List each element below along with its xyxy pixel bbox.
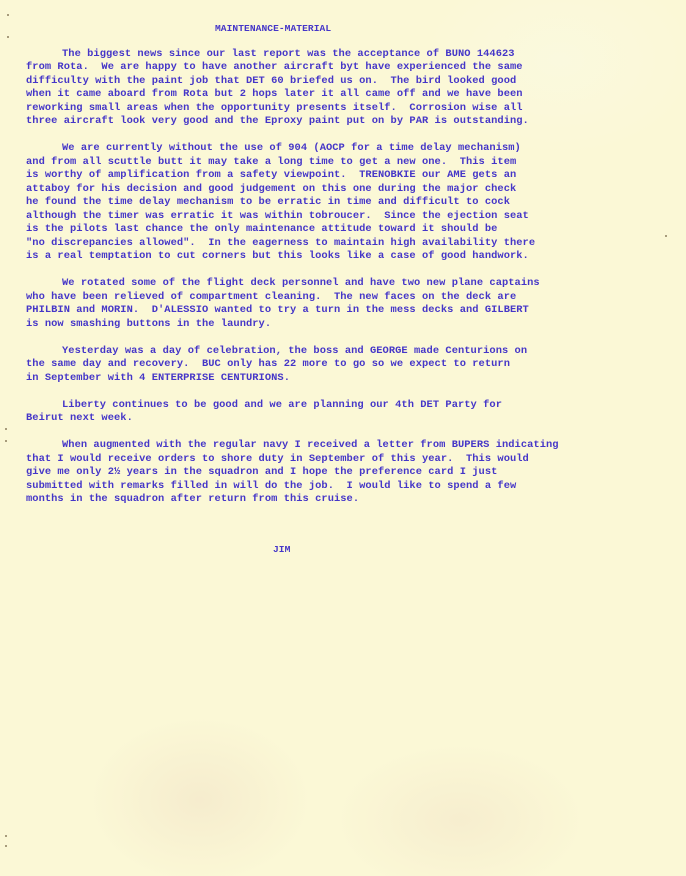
paper-speck bbox=[7, 14, 9, 16]
text-line: "no discrepancies allowed". In the eager… bbox=[26, 237, 656, 251]
text-line: Beirut next week. bbox=[26, 412, 656, 426]
text-line: is a real temptation to cut corners but … bbox=[26, 250, 656, 264]
text-line: the same day and recovery. BUC only has … bbox=[26, 358, 656, 372]
text-line: when it came aboard from Rota but 2 hops… bbox=[26, 88, 656, 102]
paragraph-centurions: Yesterday was a day of celebration, the … bbox=[26, 345, 656, 386]
text-line: in September with 4 ENTERPRISE CENTURION… bbox=[26, 372, 656, 386]
paper-speck bbox=[5, 835, 7, 837]
text-line: is the pilots last chance the only maint… bbox=[26, 223, 656, 237]
paper-speck bbox=[665, 235, 667, 237]
paragraph-orders: When augmented with the regular navy I r… bbox=[26, 439, 656, 507]
memo-document: MAINTENANCE-MATERIAL The biggest news si… bbox=[26, 22, 656, 556]
text-line: Yesterday was a day of celebration, the … bbox=[26, 345, 656, 359]
text-line: who have been relieved of compartment cl… bbox=[26, 291, 656, 305]
text-line: give me only 2½ years in the squadron an… bbox=[26, 466, 656, 480]
text-line: is now smashing buttons in the laundry. bbox=[26, 318, 656, 332]
signature: JIM bbox=[273, 543, 656, 557]
paper-speck bbox=[7, 36, 9, 38]
paragraph-liberty: Liberty continues to be good and we are … bbox=[26, 399, 656, 426]
text-line: from Rota. We are happy to have another … bbox=[26, 61, 656, 75]
text-line: is worthy of amplification from a safety… bbox=[26, 169, 656, 183]
paragraph-aircraft-acceptance: The biggest news since our last report w… bbox=[26, 48, 656, 129]
text-line: We rotated some of the flight deck perso… bbox=[26, 277, 656, 291]
text-line: attaboy for his decision and good judgem… bbox=[26, 183, 656, 197]
text-line: months in the squadron after return from… bbox=[26, 493, 656, 507]
paper-speck bbox=[5, 845, 7, 847]
text-line: PHILBIN and MORIN. D'ALESSIO wanted to t… bbox=[26, 304, 656, 318]
text-line: We are currently without the use of 904 … bbox=[26, 142, 656, 156]
paper-speck bbox=[5, 428, 7, 430]
text-line: submitted with remarks filled in will do… bbox=[26, 480, 656, 494]
text-line: three aircraft look very good and the Ep… bbox=[26, 115, 656, 129]
section-title: MAINTENANCE-MATERIAL bbox=[215, 22, 656, 36]
text-line: When augmented with the regular navy I r… bbox=[26, 439, 656, 453]
paper-speck bbox=[5, 440, 7, 442]
document-page: MAINTENANCE-MATERIAL The biggest news si… bbox=[0, 0, 686, 876]
text-line: he found the time delay mechanism to be … bbox=[26, 196, 656, 210]
text-line: Liberty continues to be good and we are … bbox=[26, 399, 656, 413]
paragraph-personnel: We rotated some of the flight deck perso… bbox=[26, 277, 656, 331]
text-line: that I would receive orders to shore dut… bbox=[26, 453, 656, 467]
text-line: The biggest news since our last report w… bbox=[26, 48, 656, 62]
text-line: reworking small areas when the opportuni… bbox=[26, 102, 656, 116]
text-line: difficulty with the paint job that DET 6… bbox=[26, 75, 656, 89]
paragraph-safety: We are currently without the use of 904 … bbox=[26, 142, 656, 264]
text-line: and from all scuttle butt it may take a … bbox=[26, 156, 656, 170]
text-line: although the timer was erratic it was wi… bbox=[26, 210, 656, 224]
